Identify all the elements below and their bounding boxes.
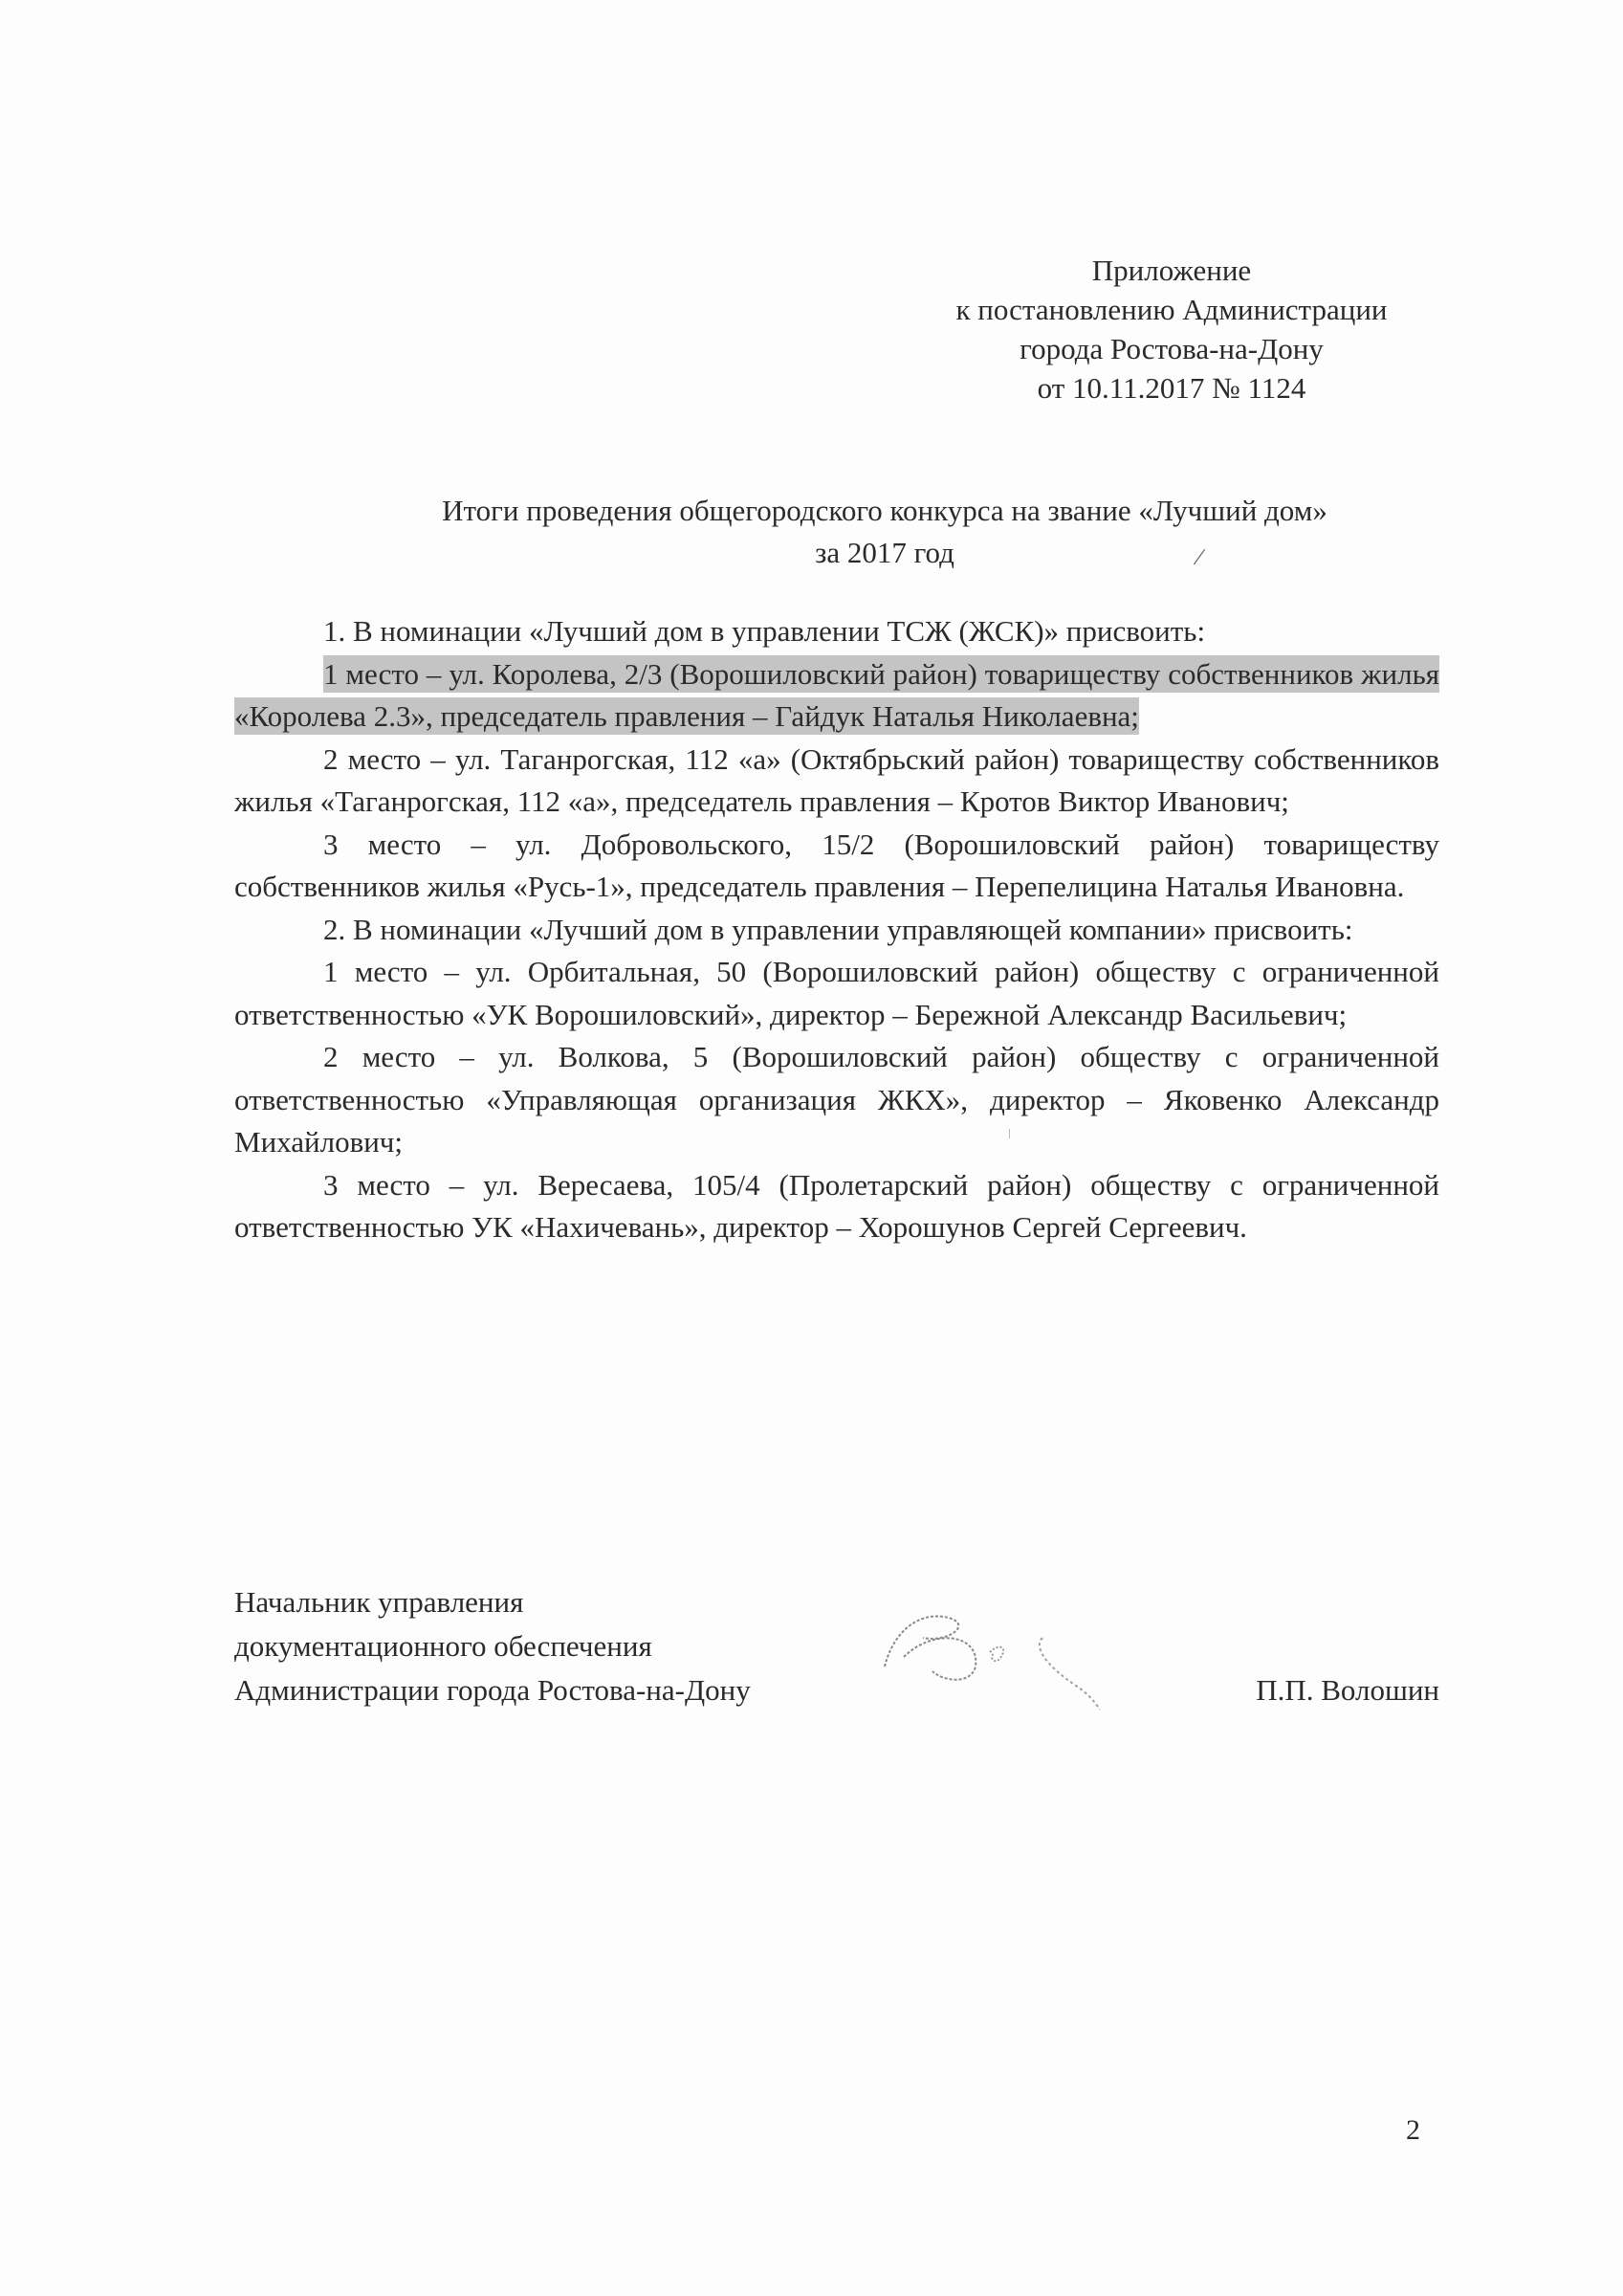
nomination-2-place-1: 1 место – ул. Орбитальная, 50 (Ворошилов… xyxy=(234,951,1439,1036)
nomination-1-place-1: 1 место – ул. Королева, 2/3 (Ворошиловск… xyxy=(234,653,1439,739)
appendix-date-number: от 10.11.2017 № 1124 xyxy=(861,368,1482,408)
nomination-1-heading: 1. В номинации «Лучший дом в управлении … xyxy=(234,610,1439,653)
pen-tick-mark: ∕ xyxy=(1197,545,1201,571)
document-body: 1. В номинации «Лучший дом в управлении … xyxy=(234,610,1439,1249)
appendix-decree: к постановлению Администрации xyxy=(861,290,1482,329)
nomination-2-heading: 2. В номинации «Лучший дом в управлении … xyxy=(234,909,1439,952)
signature-block: Начальник управления документационного о… xyxy=(234,1580,1439,1712)
appendix-city: города Ростова-на-Дону xyxy=(861,329,1482,368)
nomination-1-place-2: 2 место – ул. Таганрогская, 112 «а» (Окт… xyxy=(234,739,1439,824)
nomination-2-place-3: 3 место – ул. Вересаева, 105/4 (Пролетар… xyxy=(234,1164,1439,1249)
highlighted-text: 1 место – ул. Королева, 2/3 (Ворошиловск… xyxy=(234,655,1439,736)
document-page: Приложение к постановлению Администрации… xyxy=(0,0,1623,2296)
title-line-2: за 2017 год xyxy=(287,532,1482,574)
appendix-label: Приложение xyxy=(861,251,1482,290)
nomination-1-place-3: 3 место – ул. Добровольского, 15/2 (Воро… xyxy=(234,824,1439,909)
handwritten-signature-icon xyxy=(866,1590,1172,1714)
appendix-header: Приложение к постановлению Администрации… xyxy=(861,251,1482,408)
signatory-name: П.П. Волошин xyxy=(1256,1668,1439,1712)
document-title: Итоги проведения общегородского конкурса… xyxy=(287,490,1482,574)
nomination-2-place-2: 2 место – ул. Волкова, 5 (Ворошиловский … xyxy=(234,1036,1439,1164)
title-line-1: Итоги проведения общегородского конкурса… xyxy=(287,490,1482,532)
page-number: 2 xyxy=(1406,2114,1420,2147)
